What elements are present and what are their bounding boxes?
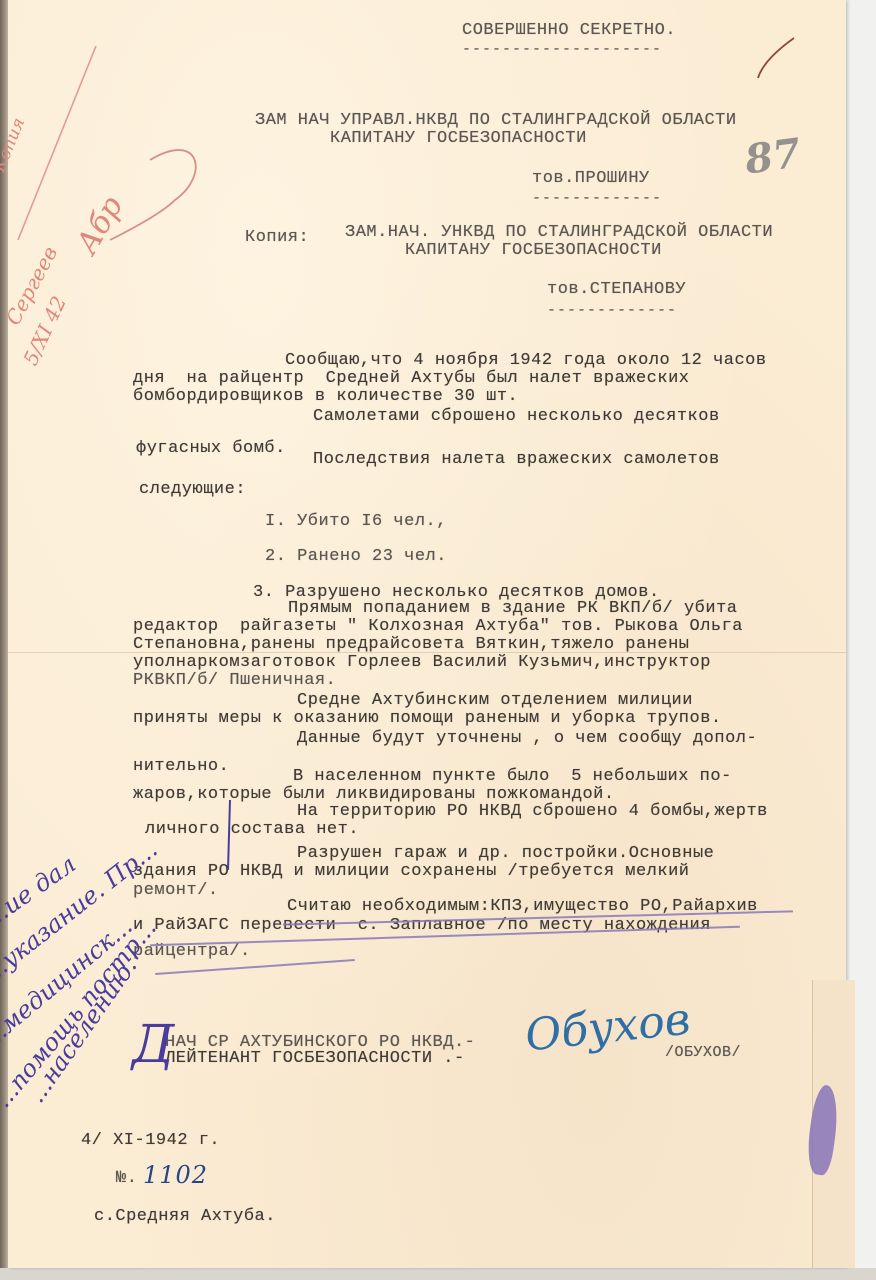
check-tick-mark (758, 38, 794, 78)
pen-strokes-layer (0, 0, 876, 1280)
red-pencil-flourish (110, 150, 196, 240)
violet-margin-line (228, 800, 230, 870)
red-pencil-diagonal-line (18, 46, 96, 240)
